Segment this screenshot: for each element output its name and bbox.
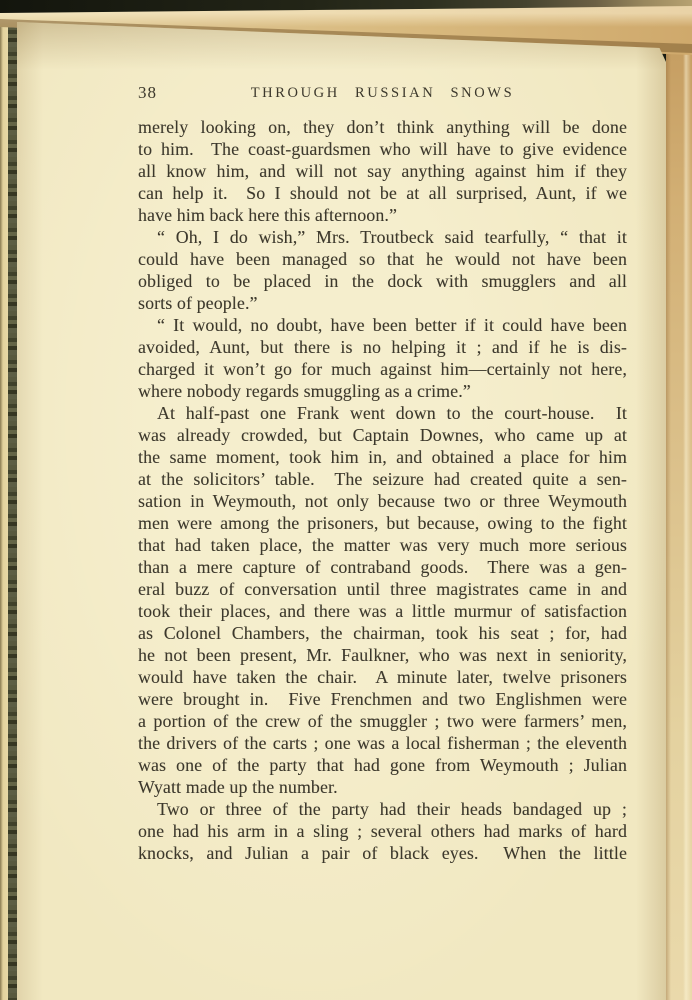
text-line: all know him, and will not say anything …	[138, 160, 627, 182]
text-line: was already crowded, but Captain Downes,…	[138, 424, 627, 446]
text-line: Wyatt made up the number.	[138, 776, 627, 798]
text-line: men were among the prisoners, but becaus…	[138, 512, 627, 534]
text-line: charged it won’t go for much against him…	[138, 358, 627, 380]
paragraph: Two or three of the party had their head…	[138, 798, 627, 864]
text-line: as Colonel Chambers, the chairman, took …	[138, 622, 627, 644]
text-line: took their places, and there was a littl…	[138, 600, 627, 622]
running-header-title: THROUGH RUSSIAN SNOWS	[138, 85, 627, 102]
text-line: he not been present, Mr. Faulkner, who w…	[138, 644, 627, 666]
text-line: were brought in. Five Frenchmen and two …	[138, 688, 627, 710]
text-line: eral buzz of conversation until three ma…	[138, 578, 627, 600]
text-line: merely looking on, they don’t think anyt…	[138, 116, 627, 138]
text-line: “ Oh, I do wish,” Mrs. Troutbeck said te…	[138, 226, 627, 248]
text-line: would have taken the chair. A minute lat…	[138, 666, 627, 688]
text-line: could have been managed so that he would…	[138, 248, 627, 270]
text-line: than a mere capture of contraband goods.…	[138, 556, 627, 578]
text-line: that had taken place, the matter was ver…	[138, 534, 627, 556]
text-line: a portion of the crew of the smuggler ; …	[138, 710, 627, 732]
text-line: knocks, and Julian a pair of black eyes.…	[138, 842, 627, 864]
body-text: merely looking on, they don’t think anyt…	[138, 116, 627, 864]
text-line: obliged to be placed in the dock with sm…	[138, 270, 627, 292]
text-line: was one of the party that had gone from …	[138, 754, 627, 776]
text-line: to him. The coast-guardsmen who will hav…	[138, 138, 627, 160]
text-line: At half-past one Frank went down to the …	[138, 402, 627, 424]
text-line: sorts of people.”	[138, 292, 627, 314]
text-line: “ It would, no doubt, have been better i…	[138, 314, 627, 336]
paragraph: merely looking on, they don’t think anyt…	[138, 116, 627, 226]
paragraph: At half-past one Frank went down to the …	[138, 402, 627, 798]
text-line: sation in Weymouth, not only because two…	[138, 490, 627, 512]
text-line: one had his arm in a sling ; several oth…	[138, 820, 627, 842]
binding-gutter-shadow	[8, 3, 17, 1000]
book-page: 38 THROUGH RUSSIAN SNOWS merely looking …	[17, 0, 666, 1000]
paragraph: “ It would, no doubt, have been better i…	[138, 314, 627, 402]
text-line: avoided, Aunt, but there is no helping i…	[138, 336, 627, 358]
text-line: where nobody regards smuggling as a crim…	[138, 380, 627, 402]
text-line: Two or three of the party had their head…	[138, 798, 627, 820]
text-line: the drivers of the carts ; one was a loc…	[138, 732, 627, 754]
paragraph: “ Oh, I do wish,” Mrs. Troutbeck said te…	[138, 226, 627, 314]
running-header: 38 THROUGH RUSSIAN SNOWS	[138, 83, 627, 103]
text-line: can help it. So I should not be at all s…	[138, 182, 627, 204]
text-line: at the solicitors’ table. The seizure ha…	[138, 468, 627, 490]
text-line: the same moment, took him in, and obtain…	[138, 446, 627, 468]
fore-edge-page-stack	[666, 0, 692, 1000]
text-line: have him back here this afternoon.”	[138, 204, 627, 226]
book-scan: { "page": { "page_number": "38", "runnin…	[0, 0, 692, 1000]
